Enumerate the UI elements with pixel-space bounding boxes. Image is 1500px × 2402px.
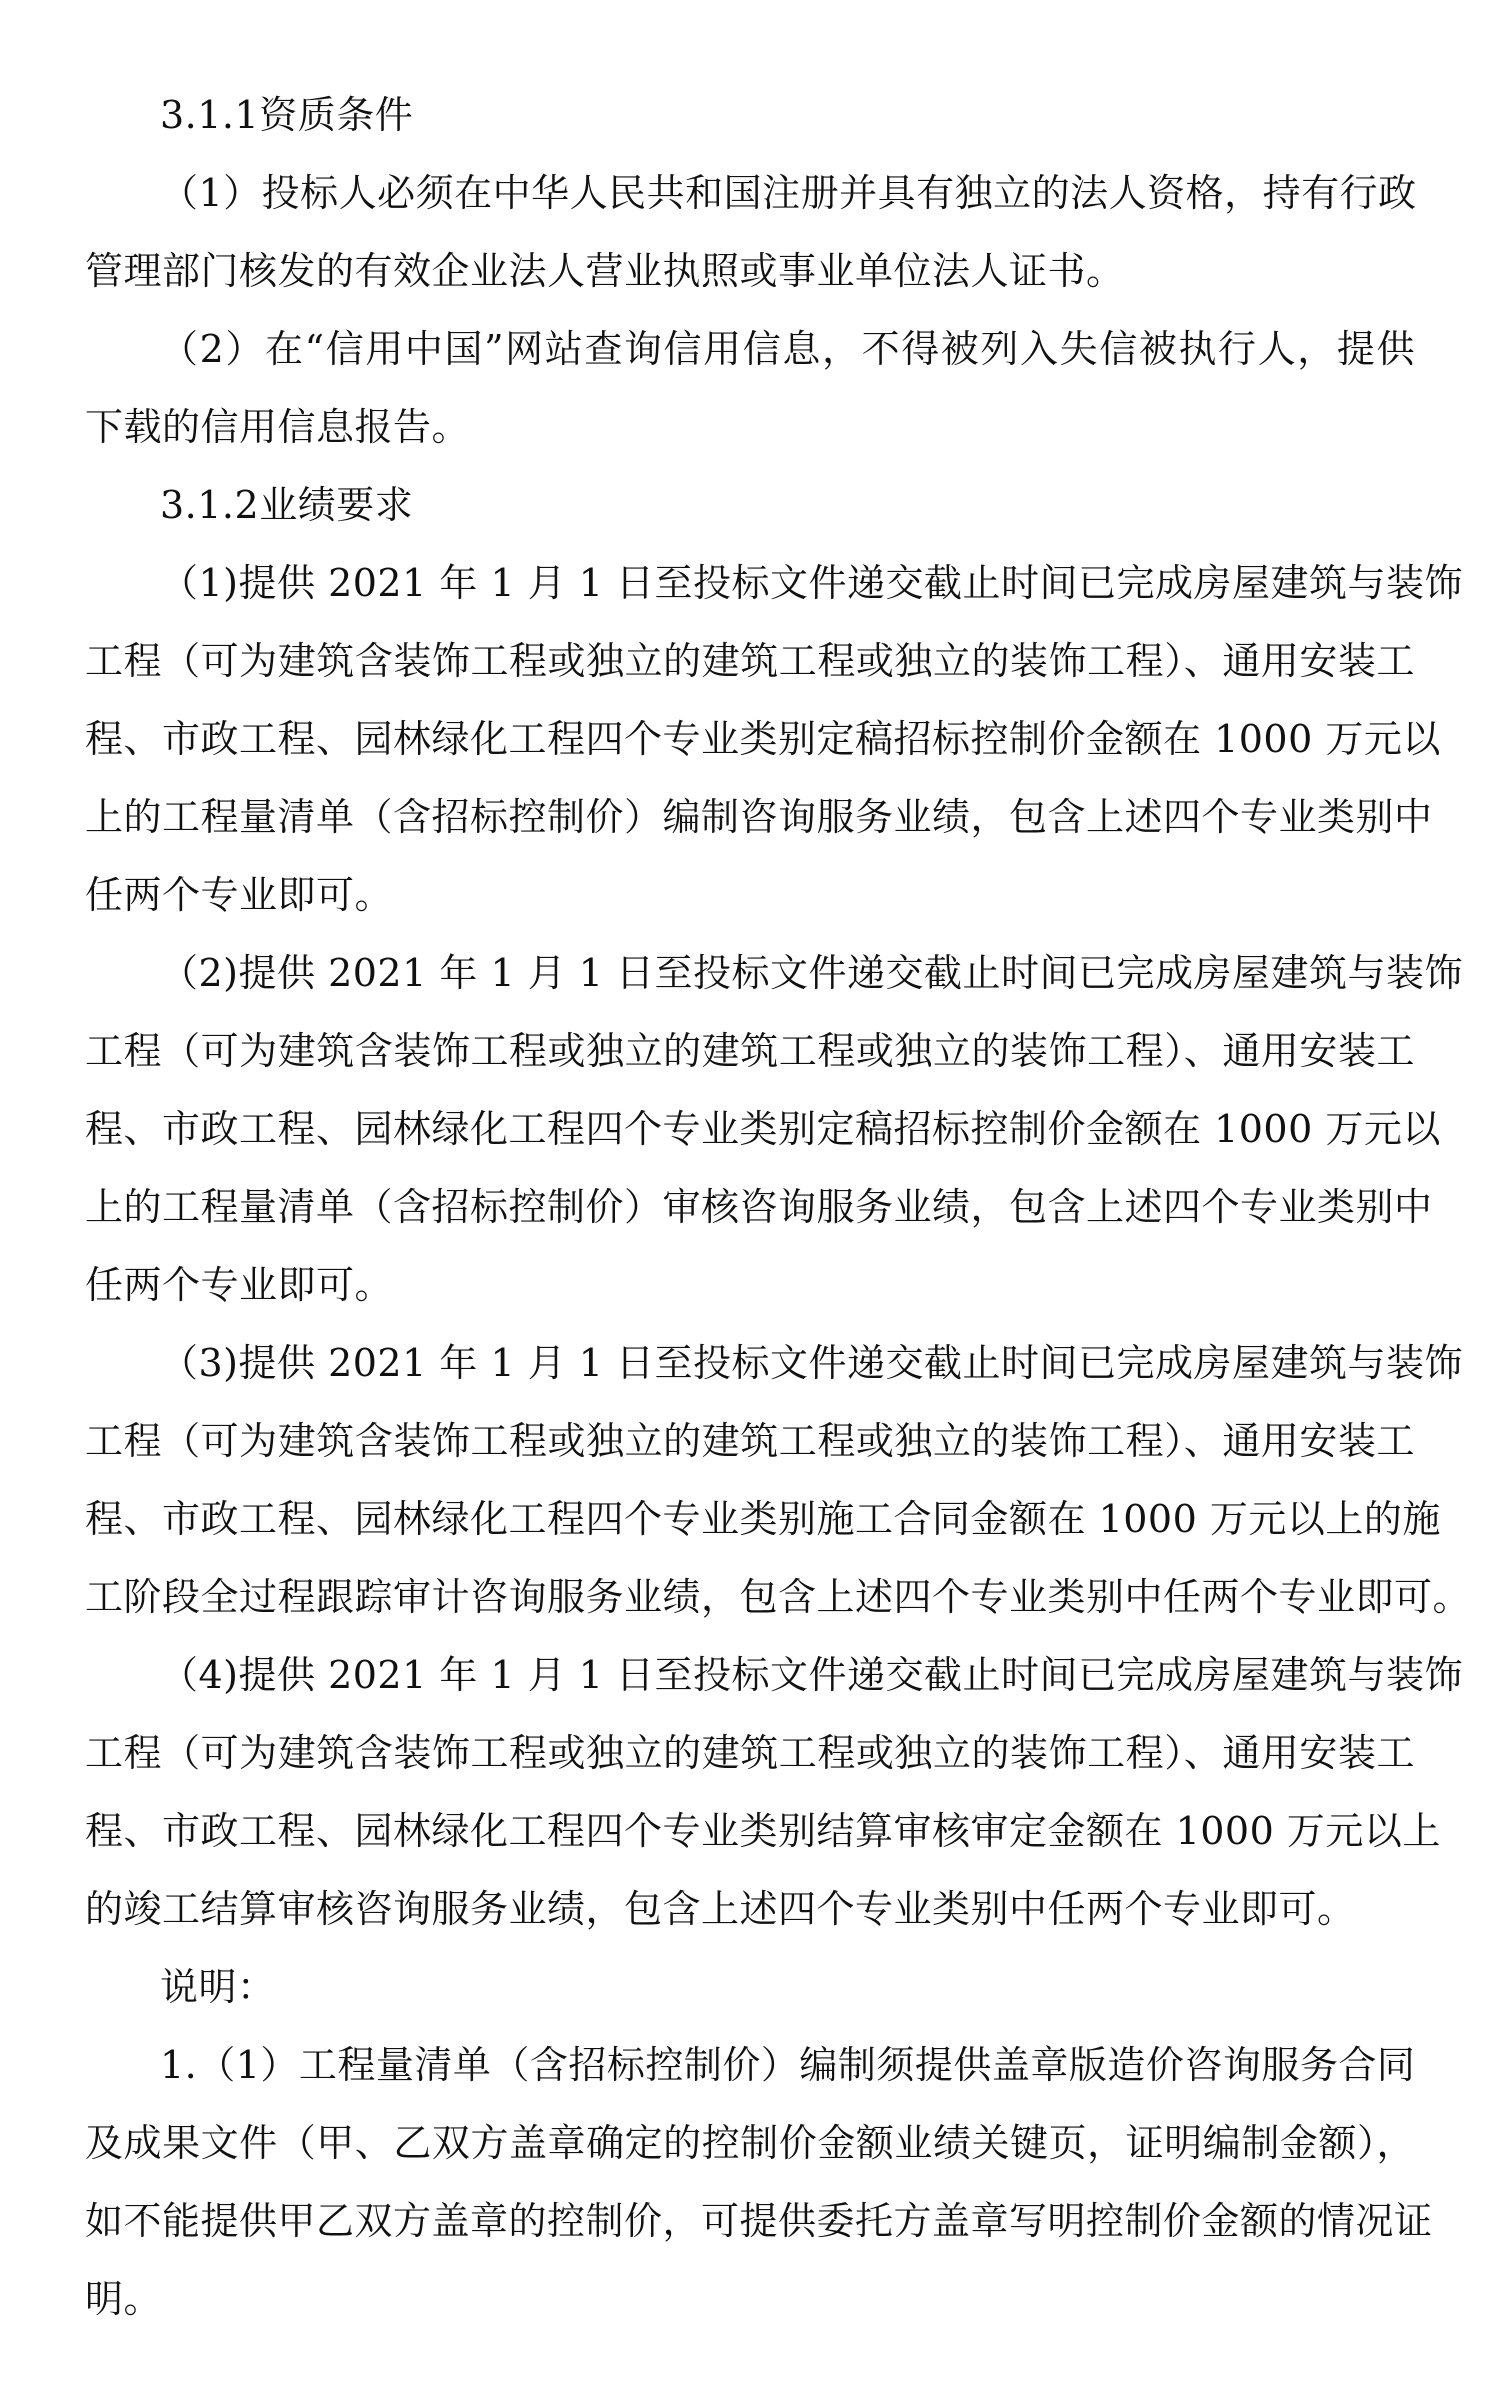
paragraph-line: 工程（可为建筑含装饰工程或独立的建筑工程或独立的装饰工程）、通用安装工 — [85, 1723, 1415, 1783]
paragraph-line: 1.（1）工程量清单（含招标控制价）编制须提供盖章版造价咨询服务合同 — [160, 2035, 1415, 2095]
paragraph-line: 工程（可为建筑含装饰工程或独立的建筑工程或独立的装饰工程）、通用安装工 — [85, 1411, 1415, 1471]
paragraph-line: 上的工程量清单（含招标控制价）审核咨询服务业绩，包含上述四个专业类别中 — [85, 1177, 1415, 1237]
paragraph-line: 及成果文件（甲、乙双方盖章确定的控制价金额业绩关键页，证明编制金额）， — [85, 2113, 1415, 2173]
paragraph-line: 如不能提供甲乙双方盖章的控制价，可提供委托方盖章写明控制价金额的情况证 — [85, 2191, 1415, 2251]
paragraph-line: 工阶段全过程跟踪审计咨询服务业绩，包含上述四个专业类别中任两个专业即可。 — [85, 1567, 1415, 1627]
paragraph-line: 程、市政工程、园林绿化工程四个专业类别结算审核审定金额在 1000 万元以上 — [85, 1801, 1415, 1861]
paragraph-line: （1）投标人必须在中华人民共和国注册并具有独立的法人资格，持有行政 — [160, 163, 1415, 223]
paragraph-line: 工程（可为建筑含装饰工程或独立的建筑工程或独立的装饰工程）、通用安装工 — [85, 1021, 1415, 1081]
section-heading-performance: 3.1.2业绩要求 — [160, 475, 1415, 535]
paragraph-line: 程、市政工程、园林绿化工程四个专业类别定稿招标控制价金额在 1000 万元以 — [85, 1099, 1415, 1159]
paragraph-line: （4)提供 2021 年 1 月 1 日至投标文件递交截止时间已完成房屋建筑与装… — [160, 1645, 1415, 1705]
paragraph-line: 管理部门核发的有效企业法人营业执照或事业单位法人证书。 — [85, 241, 1415, 301]
paragraph-line: 的竣工结算审核咨询服务业绩，包含上述四个专业类别中任两个专业即可。 — [85, 1879, 1415, 1939]
paragraph-line: （3)提供 2021 年 1 月 1 日至投标文件递交截止时间已完成房屋建筑与装… — [160, 1333, 1415, 1393]
paragraph-line: （2)提供 2021 年 1 月 1 日至投标文件递交截止时间已完成房屋建筑与装… — [160, 943, 1415, 1003]
paragraph-line: 明。 — [85, 2269, 1415, 2329]
section-heading-notes: 说明： — [160, 1957, 1415, 2017]
paragraph-line: 任两个专业即可。 — [85, 865, 1415, 925]
paragraph-line: 程、市政工程、园林绿化工程四个专业类别定稿招标控制价金额在 1000 万元以 — [85, 709, 1415, 769]
section-heading-qualification: 3.1.1资质条件 — [160, 85, 1415, 145]
paragraph-line: 下载的信用信息报告。 — [85, 397, 1415, 457]
paragraph-line: 上的工程量清单（含招标控制价）编制咨询服务业绩，包含上述四个专业类别中 — [85, 787, 1415, 847]
paragraph-line: （1)提供 2021 年 1 月 1 日至投标文件递交截止时间已完成房屋建筑与装… — [160, 553, 1415, 613]
paragraph-line: 工程（可为建筑含装饰工程或独立的建筑工程或独立的装饰工程）、通用安装工 — [85, 631, 1415, 691]
document-page: 3.1.1资质条件 （1）投标人必须在中华人民共和国注册并具有独立的法人资格，持… — [0, 0, 1500, 2402]
paragraph-line: 程、市政工程、园林绿化工程四个专业类别施工合同金额在 1000 万元以上的施 — [85, 1489, 1415, 1549]
paragraph-line: 任两个专业即可。 — [85, 1255, 1415, 1315]
paragraph-line: （2）在“信用中国”网站查询信用信息，不得被列入失信被执行人，提供 — [160, 319, 1415, 379]
